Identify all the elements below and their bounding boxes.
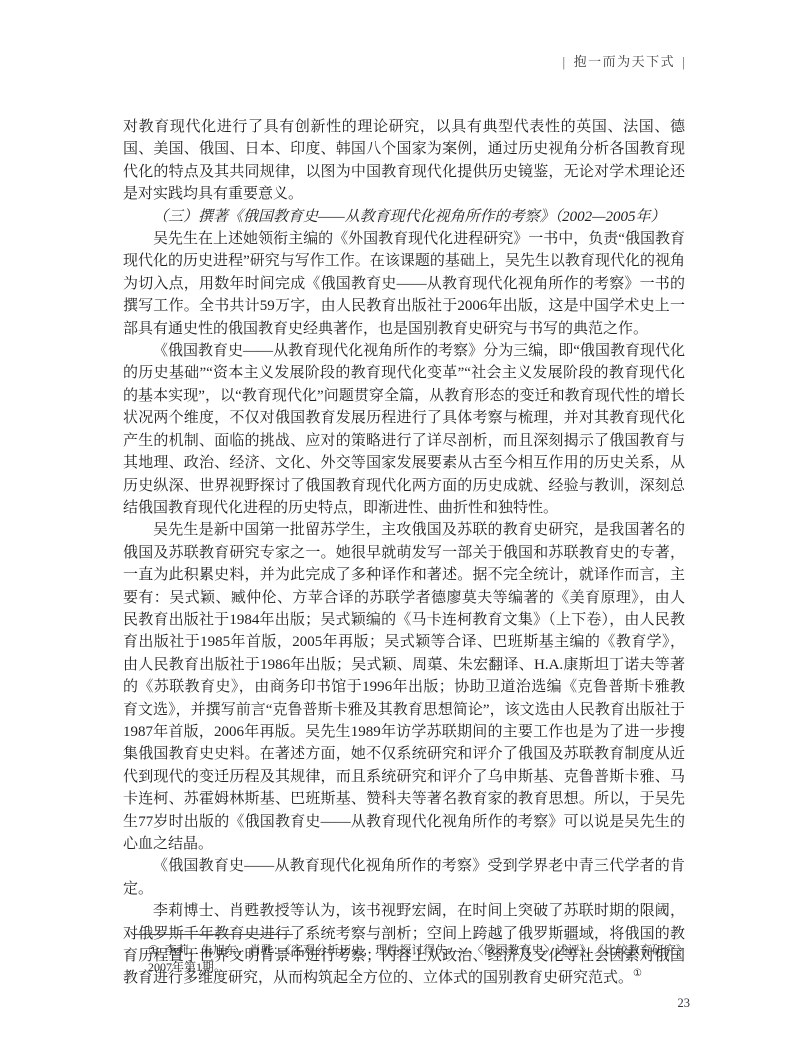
footnote-marker: ① [148, 943, 159, 957]
page-number: 23 [678, 996, 691, 1011]
paragraph: 《俄国教育史——从教育现代化视角所作的考察》受到学界老中青三代学者的肯定。 [123, 855, 685, 900]
section-heading: （三）撰著《俄国教育史——从教育现代化视角所作的考察》（2002—2005年） [123, 206, 685, 228]
footnote-text: 李莉、朱旭东、肖甦：《客观分析历史，理性探讨得失——〈俄国教育史〉述评》，《比较… [148, 943, 688, 974]
footnote: ①李莉、朱旭东、肖甦：《客观分析历史，理性探讨得失——〈俄国教育史〉述评》，《比… [123, 942, 688, 976]
page-body: 对教育现代化进行了具有创新性的理论研究，以具有典型代表性的英国、法国、德国、美国… [123, 116, 685, 990]
paragraph: 吴先生在上述她领衔主编的《外国教育现代化进程研究》一书中，负责“俄国教育现代化的… [123, 228, 685, 340]
header-separator-left: | [563, 54, 567, 71]
footnote-block: ①李莉、朱旭东、肖甦：《客观分析历史，理性探讨得失——〈俄国教育史〉述评》，《比… [123, 934, 688, 976]
paragraph: 吴先生是新中国第一批留苏学生，主攻俄国及苏联的教育史研究，是我国著名的俄国及苏联… [123, 519, 685, 855]
paragraph: 《俄国教育史——从教育现代化视角所作的考察》分为三编，即“俄国教育现代化的历史基… [123, 340, 685, 519]
paragraph-continuation: 对教育现代化进行了具有创新性的理论研究，以具有典型代表性的英国、法国、德国、美国… [123, 116, 685, 206]
header-separator-right: | [682, 54, 686, 71]
header-title: 抱一而为天下式 [574, 54, 676, 69]
running-header: |抱一而为天下式| [556, 51, 693, 70]
footnote-divider [133, 934, 293, 935]
